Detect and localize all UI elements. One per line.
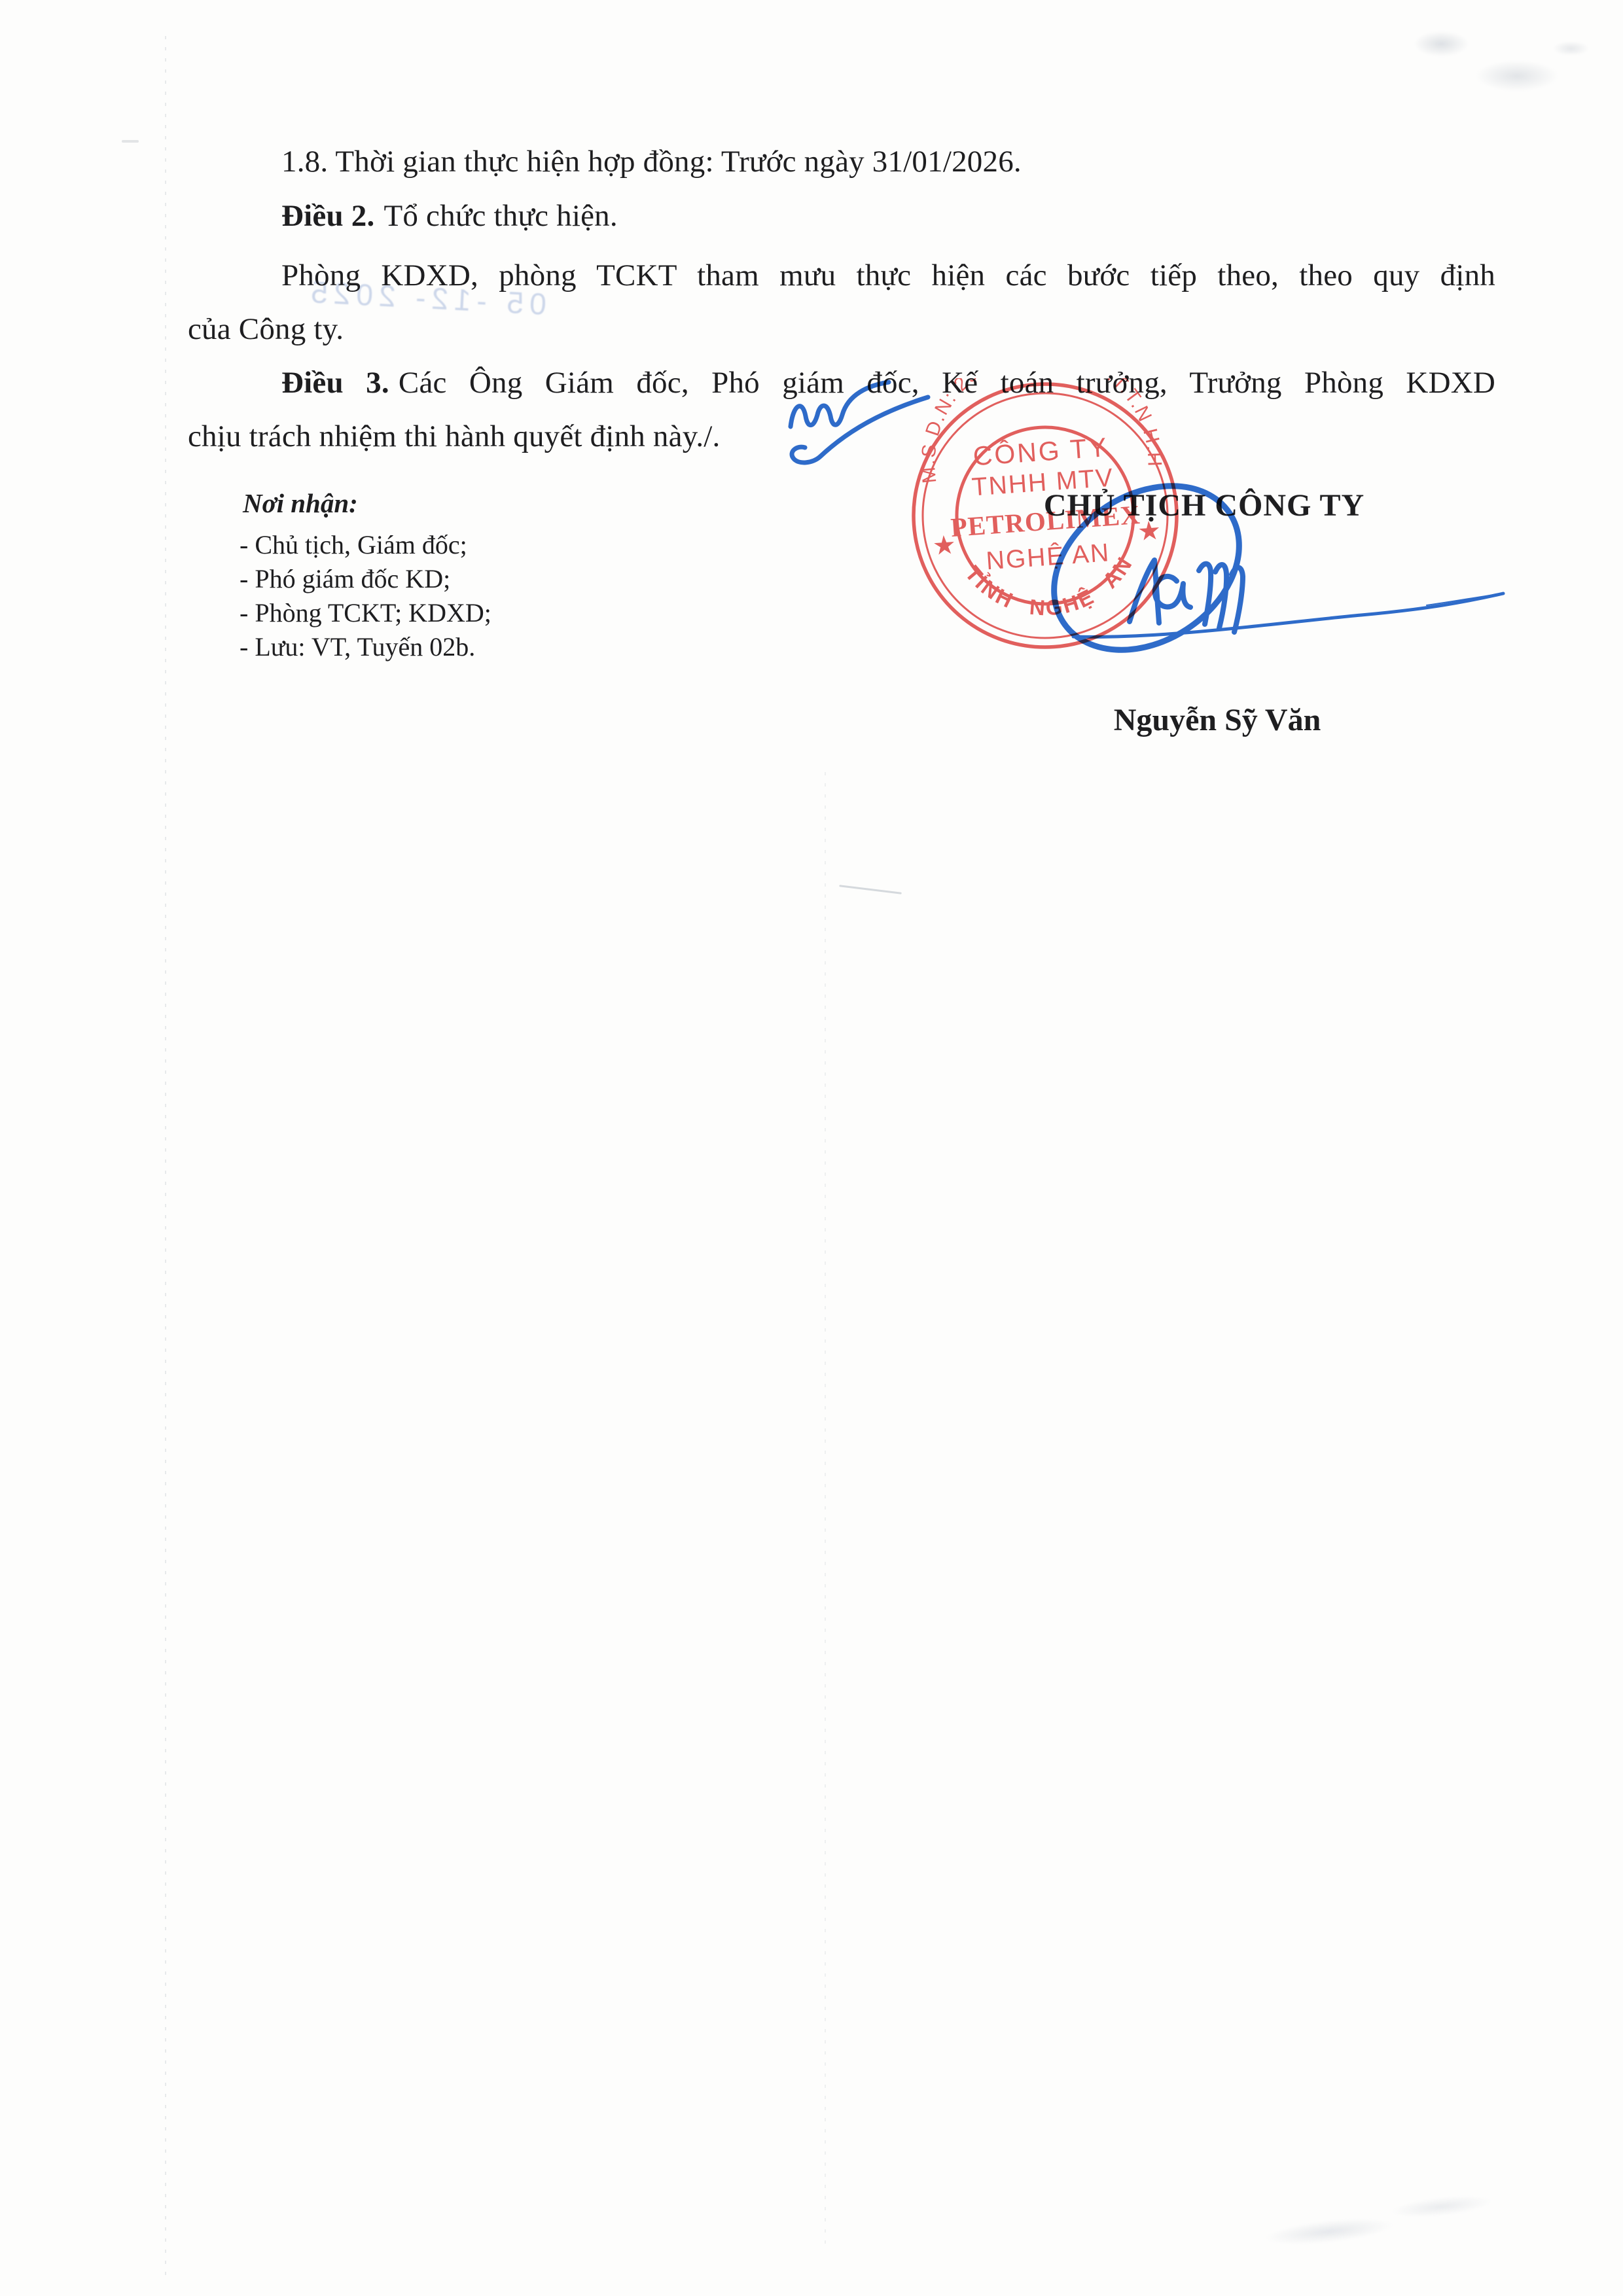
scanned-document-page: 05 -12- 2025 1.8. Thời gian thực hiện hợ… bbox=[0, 0, 1623, 2296]
signature-a-stroke bbox=[1155, 576, 1190, 607]
signature-flourish-tip bbox=[1427, 593, 1504, 605]
pen-initials-swoosh bbox=[792, 397, 928, 463]
handwritten-ink-layer bbox=[0, 0, 1623, 2296]
